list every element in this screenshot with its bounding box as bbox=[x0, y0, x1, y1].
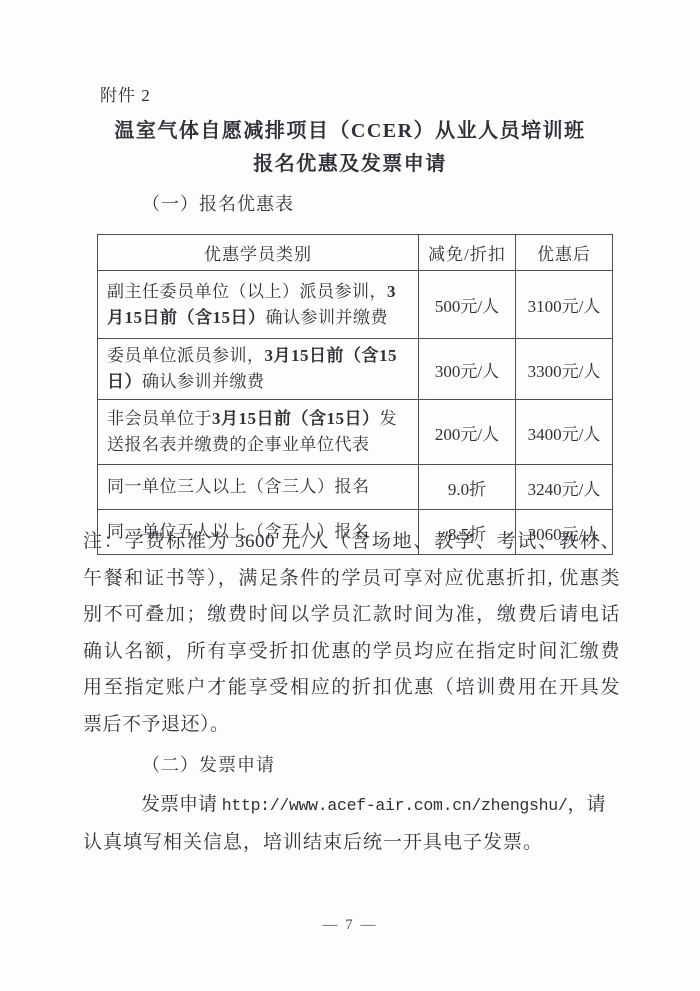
discount-cell: 300元/人 bbox=[419, 339, 516, 400]
table-header-category: 优惠学员类别 bbox=[98, 235, 419, 271]
fee-note-line: 午餐和证书等），满足条件的学员可享对应优惠折扣, 优惠类 bbox=[83, 561, 620, 598]
category-text: 副主任委员单位（以上）派员参训， bbox=[107, 282, 387, 301]
price-after-cell: 3240元/人 bbox=[516, 465, 613, 510]
fee-note-line: 确认名额，所有享受折扣优惠的学员均应在指定时间汇缴费 bbox=[83, 634, 620, 671]
table-header-row: 优惠学员类别 减免/折扣 优惠后 bbox=[98, 235, 613, 271]
document-title-line1: 温室气体自愿减排项目（CCER）从业人员培训班 bbox=[0, 114, 700, 143]
category-text-bold: 3月15日前（含15日） bbox=[212, 409, 380, 428]
page-number: — 7 — bbox=[0, 917, 700, 934]
category-text: 确认参训并缴费 bbox=[142, 372, 265, 391]
document-title-line2: 报名优惠及发票申请 bbox=[0, 147, 700, 176]
table-row: 非会员单位于3月15日前（含15日）发送报名表并缴费的企事业单位代表 200元/… bbox=[98, 400, 613, 465]
table-header-discount: 减免/折扣 bbox=[419, 235, 516, 271]
price-after-cell: 3100元/人 bbox=[516, 271, 613, 339]
fee-note-line: 用至指定账户才能享受相应的折扣优惠（培训费用在开具发 bbox=[83, 670, 620, 707]
section1-heading: （一）报名优惠表 bbox=[142, 190, 294, 216]
category-text: 同一单位三人以上（含三人）报名 bbox=[107, 477, 370, 496]
invoice-url: http://www.acef-air.com.cn/zhengshu/ bbox=[222, 796, 568, 815]
discount-cell: 9.0折 bbox=[419, 465, 516, 510]
table-header-price-after: 优惠后 bbox=[516, 235, 613, 271]
section2-heading: （二）发票申请 bbox=[142, 751, 275, 777]
category-cell: 非会员单位于3月15日前（含15日）发送报名表并缴费的企事业单位代表 bbox=[98, 400, 419, 465]
table-row: 委员单位派员参训，3月15日前（含15日）确认参训并缴费 300元/人 3300… bbox=[98, 339, 613, 400]
category-text: 委员单位派员参训， bbox=[107, 346, 265, 365]
invoice-instruction-pre: 发票申请 bbox=[141, 794, 222, 815]
table-row: 同一单位三人以上（含三人）报名 9.0折 3240元/人 bbox=[98, 465, 613, 510]
attachment-label: 附件 2 bbox=[100, 81, 151, 106]
discount-cell: 500元/人 bbox=[419, 271, 516, 339]
price-after-cell: 3400元/人 bbox=[516, 400, 613, 465]
fee-note-line: 票后不予退还）。 bbox=[83, 707, 620, 744]
document-page: 附件 2 温室气体自愿减排项目（CCER）从业人员培训班 报名优惠及发票申请 （… bbox=[0, 0, 700, 991]
table-row: 副主任委员单位（以上）派员参训，3月15日前（含15日）确认参训并缴费 500元… bbox=[98, 271, 613, 339]
category-cell: 委员单位派员参训，3月15日前（含15日）确认参训并缴费 bbox=[98, 339, 419, 400]
invoice-instruction-line2: 认真填写相关信息，培训结束后统一开具电子发票。 bbox=[83, 827, 543, 854]
discount-table: 优惠学员类别 减免/折扣 优惠后 副主任委员单位（以上）派员参训，3月15日前（… bbox=[97, 234, 613, 555]
invoice-instruction-post: ，请 bbox=[567, 794, 605, 815]
discount-cell: 200元/人 bbox=[419, 400, 516, 465]
fee-note-line: 注：学费标准为 3600 元/人（含场地、教学、考试、教材、 bbox=[83, 524, 620, 561]
category-text: 非会员单位于 bbox=[107, 409, 212, 428]
category-cell: 副主任委员单位（以上）派员参训，3月15日前（含15日）确认参训并缴费 bbox=[98, 271, 419, 339]
fee-note-line: 别不可叠加；缴费时间以学员汇款时间为准，缴费后请电话 bbox=[83, 597, 620, 634]
fee-note-paragraph: 注：学费标准为 3600 元/人（含场地、教学、考试、教材、 午餐和证书等），满… bbox=[83, 524, 620, 743]
price-after-cell: 3300元/人 bbox=[516, 339, 613, 400]
category-text: 确认参训并缴费 bbox=[266, 308, 389, 327]
category-cell: 同一单位三人以上（含三人）报名 bbox=[98, 465, 419, 510]
invoice-instruction-line1: 发票申请 http://www.acef-air.com.cn/zhengshu… bbox=[141, 789, 621, 816]
